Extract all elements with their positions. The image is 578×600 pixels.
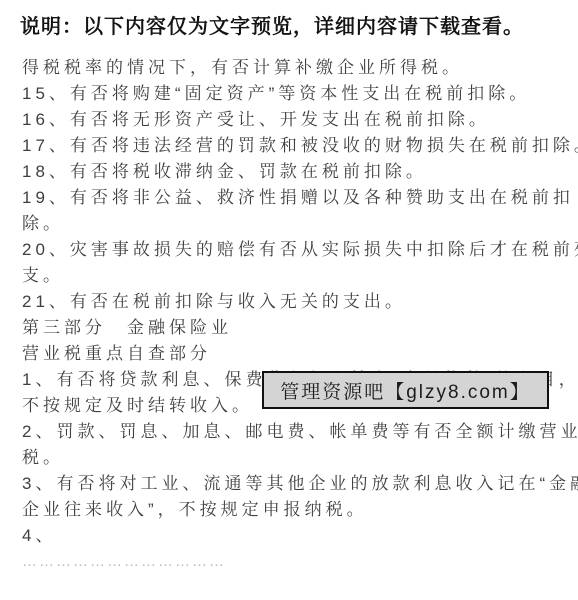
text-line: 19、有否将非公益、救济性捐赠以及各种赞助支出在税前扣 (22, 185, 568, 211)
text-line: 除。 (22, 211, 568, 237)
text-lines-container: 得税税率的情况下，有否计算补缴企业所得税。15、有否将购建“固定资产”等资本性支… (22, 55, 568, 549)
preview-notice: 说明：以下内容仅为文字预览，详细内容请下载查看。 (20, 14, 568, 40)
text-line: 3、有否将对工业、流通等其他企业的放款利息收入记在“金融 (22, 471, 568, 497)
text-line: 营业税重点自查部分 (22, 341, 568, 367)
text-line: 2、罚款、罚息、加息、邮电费、帐单费等有否全额计缴营业 (22, 419, 568, 445)
dots-line: ……………………………… (22, 549, 568, 575)
text-line: 企业往来收入”，不按规定申报纳税。 (22, 497, 568, 523)
text-line: 16、有否将无形资产受让、开发支出在税前扣除。 (22, 107, 568, 133)
document-text: 得税税率的情况下，有否计算补缴企业所得税。15、有否将购建“固定资产”等资本性支… (22, 55, 568, 575)
text-line: 支。 (22, 263, 568, 289)
text-line: 17、有否将违法经营的罚款和被没收的财物损失在税前扣除。 (22, 133, 568, 159)
text-line: 得税税率的情况下，有否计算补缴企业所得税。 (22, 55, 568, 81)
text-line: 税。 (22, 445, 568, 471)
document-preview-page: 说明：以下内容仅为文字预览，详细内容请下载查看。 得税税率的情况下，有否计算补缴… (0, 0, 578, 600)
text-line: 第三部分 金融保险业 (22, 315, 568, 341)
text-line: 4、 (22, 523, 568, 549)
text-line: 15、有否将购建“固定资产”等资本性支出在税前扣除。 (22, 81, 568, 107)
watermark-text: 管理资源吧【glzy8.com】 (280, 377, 531, 404)
text-line: 20、灾害事故损失的赔偿有否从实际损失中扣除后才在税前列 (22, 237, 568, 263)
text-line: 21、有否在税前扣除与收入无关的支出。 (22, 289, 568, 315)
watermark-badge: 管理资源吧【glzy8.com】 (262, 371, 549, 409)
text-line: 18、有否将税收滞纳金、罚款在税前扣除。 (22, 159, 568, 185)
